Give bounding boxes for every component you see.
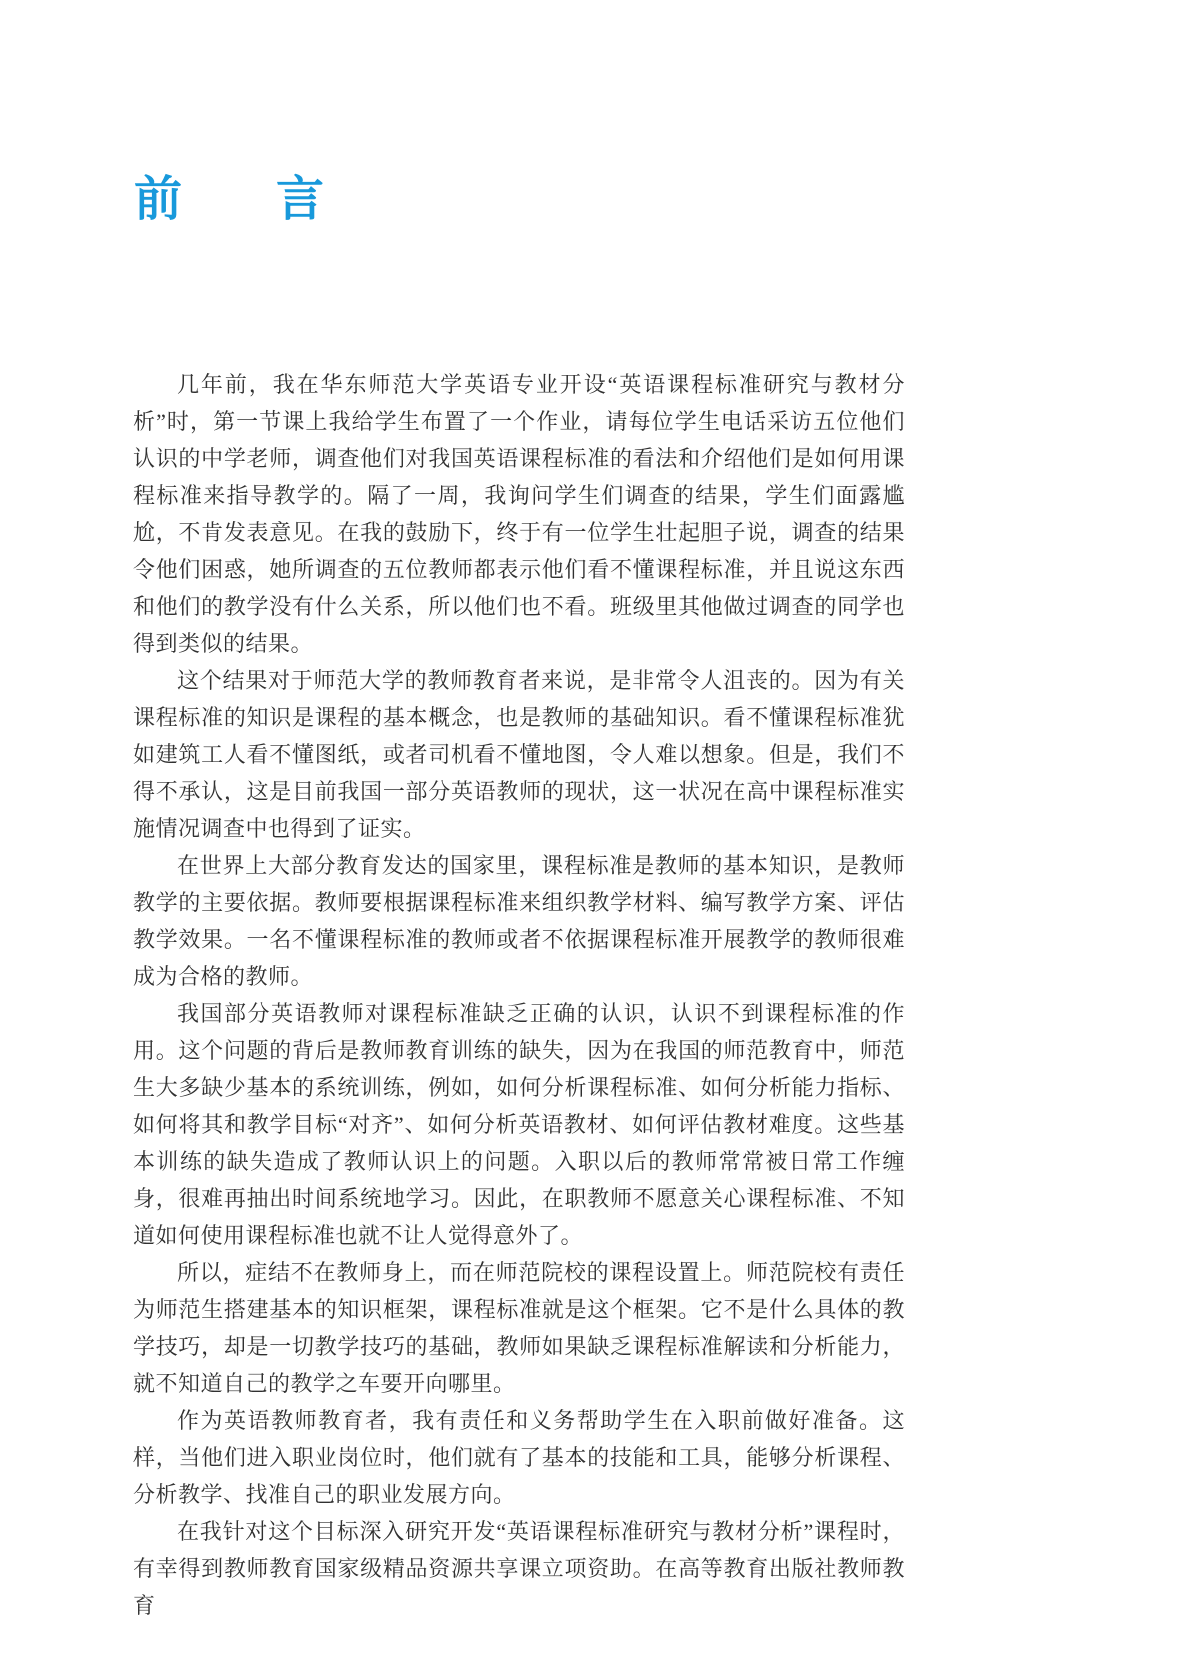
paragraph-4: 我国部分英语教师对课程标准缺乏正确的认识，认识不到课程标准的作用。这个问题的背后… bbox=[133, 995, 905, 1254]
paragraph-3: 在世界上大部分教育发达的国家里，课程标准是教师的基本知识，是教师教学的主要依据。… bbox=[133, 847, 905, 995]
book-page: 前 言 几年前，我在华东师范大学英语专业开设“英语课程标准研究与教材分析”时，第… bbox=[0, 0, 1203, 1675]
paragraph-6: 作为英语教师教育者，我有责任和义务帮助学生在入职前做好准备。这样，当他们进入职业… bbox=[133, 1402, 905, 1513]
paragraph-5: 所以，症结不在教师身上，而在师范院校的课程设置上。师范院校有责任为师范生搭建基本… bbox=[133, 1254, 905, 1402]
preface-text-block: 几年前，我在华东师范大学英语专业开设“英语课程标准研究与教材分析”时，第一节课上… bbox=[133, 366, 905, 1624]
page-title-char-1: 前 bbox=[134, 176, 182, 224]
paragraph-7: 在我针对这个目标深入研究开发“英语课程标准研究与教材分析”课程时，有幸得到教师教… bbox=[133, 1513, 905, 1624]
paragraph-1: 几年前，我在华东师范大学英语专业开设“英语课程标准研究与教材分析”时，第一节课上… bbox=[133, 366, 905, 662]
page-title: 前 言 bbox=[134, 176, 324, 224]
page-title-char-2: 言 bbox=[276, 176, 324, 224]
paragraph-2: 这个结果对于师范大学的教师教育者来说，是非常令人沮丧的。因为有关课程标准的知识是… bbox=[133, 662, 905, 847]
